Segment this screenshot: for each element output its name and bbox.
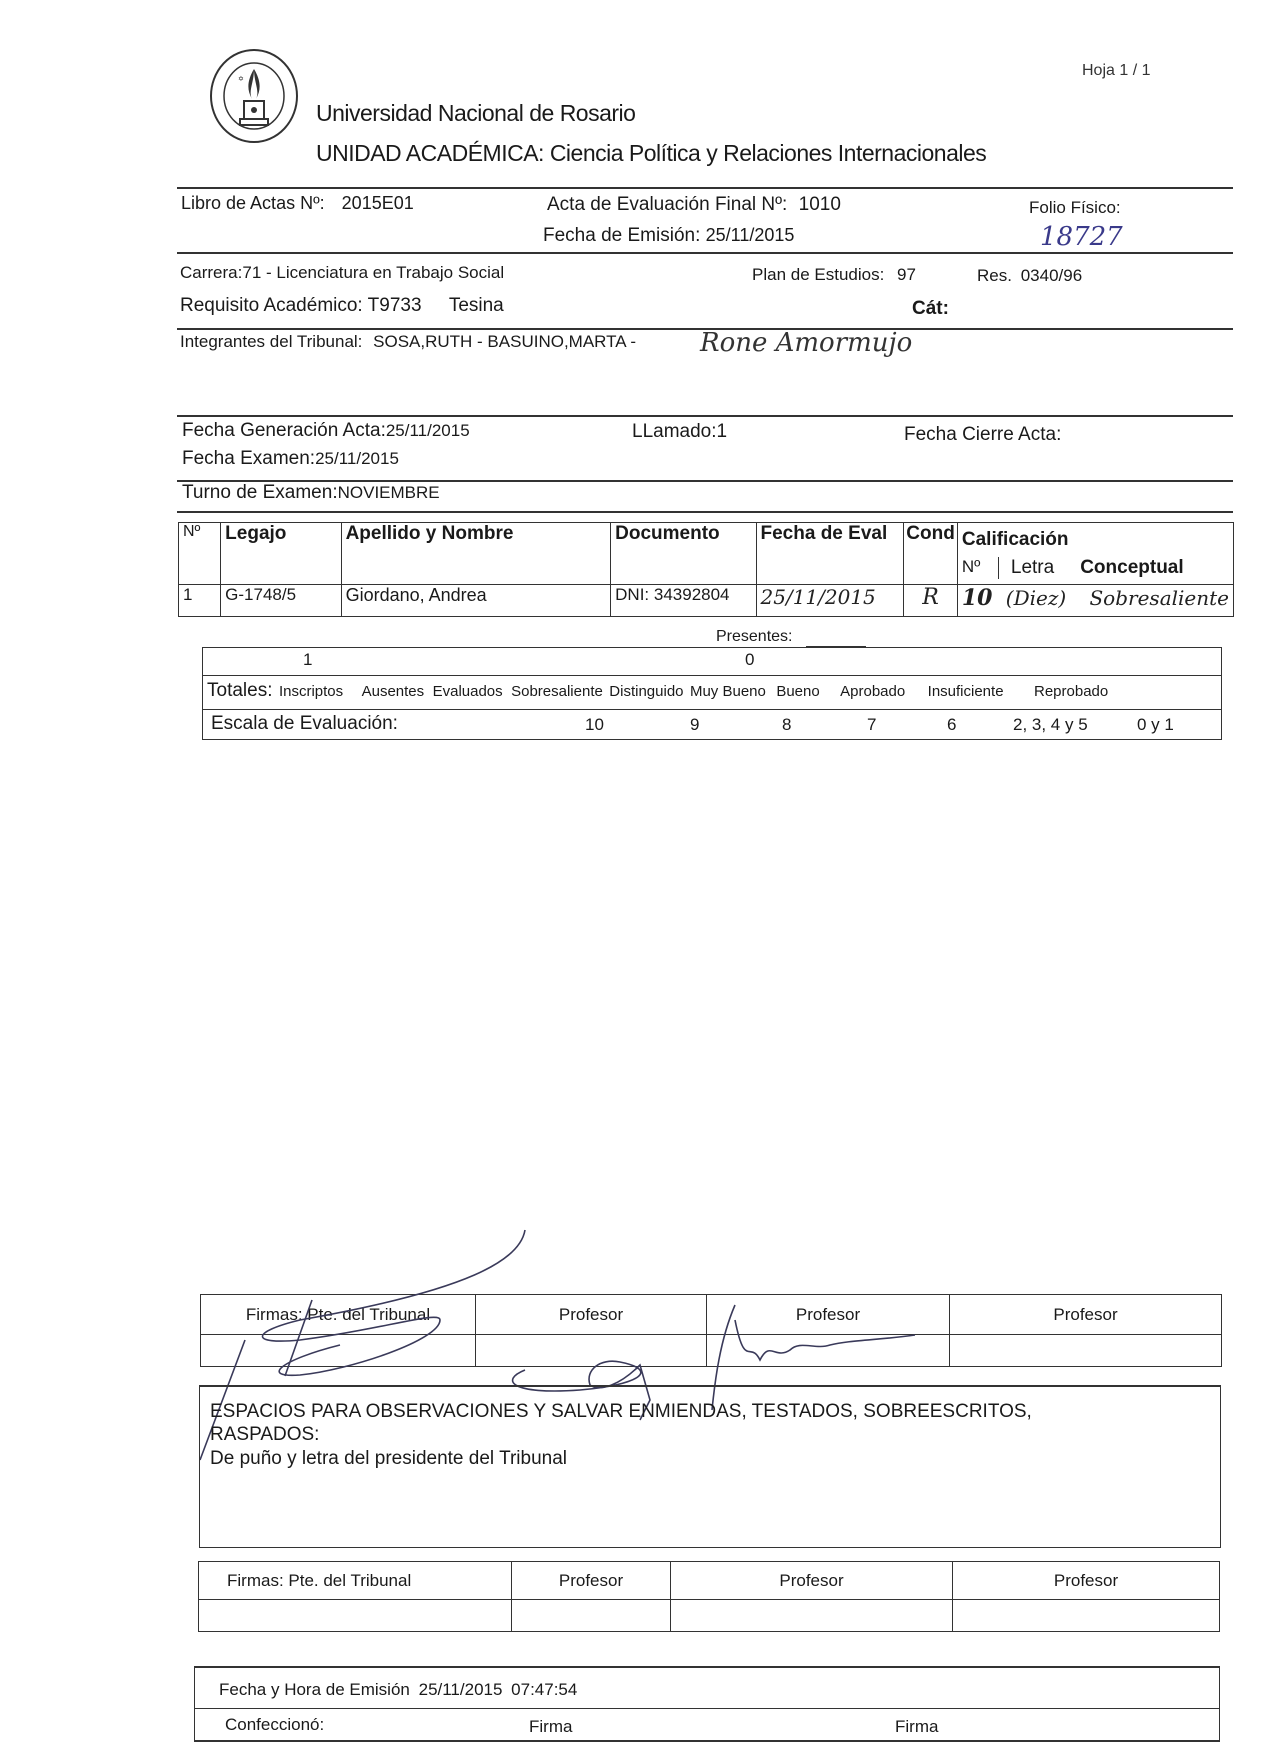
firma2-profesor-1-box[interactable] bbox=[512, 1600, 671, 1632]
emision-date: 25/11/2015 bbox=[419, 1680, 503, 1699]
confecciono-label: Confeccionó: bbox=[225, 1715, 324, 1735]
firma2-profesor-2-box[interactable] bbox=[671, 1600, 953, 1632]
firma2-profesor-3-label: Profesor bbox=[953, 1562, 1220, 1600]
firma2-profesor-1-label: Profesor bbox=[512, 1562, 671, 1600]
observations-title-2: RASPADOS: bbox=[210, 1424, 319, 1446]
observations-box[interactable]: ESPACIOS PARA OBSERVACIONES Y SALVAR ENM… bbox=[199, 1385, 1221, 1548]
observations-text: De puño y letra del presidente del Tribu… bbox=[210, 1448, 567, 1470]
firma2-pte-label: Firmas: Pte. del Tribunal bbox=[199, 1562, 512, 1600]
signatures-table-2: Firmas: Pte. del Tribunal Profesor Profe… bbox=[198, 1561, 1220, 1632]
firma-2-label: Firma bbox=[895, 1717, 938, 1737]
emission-box: Fecha y Hora de Emisión 25/11/2015 07:47… bbox=[194, 1666, 1220, 1742]
observations-title-1: ESPACIOS PARA OBSERVACIONES Y SALVAR ENM… bbox=[210, 1401, 1032, 1423]
firma2-profesor-3-box[interactable] bbox=[953, 1600, 1220, 1632]
firma-1-label: Firma bbox=[529, 1717, 572, 1737]
emision-time: 07:47:54 bbox=[511, 1680, 577, 1699]
emision-datetime-label: Fecha y Hora de Emisión bbox=[219, 1680, 410, 1699]
firma2-profesor-2-label: Profesor bbox=[671, 1562, 953, 1600]
firma2-pte-box[interactable] bbox=[199, 1600, 512, 1632]
